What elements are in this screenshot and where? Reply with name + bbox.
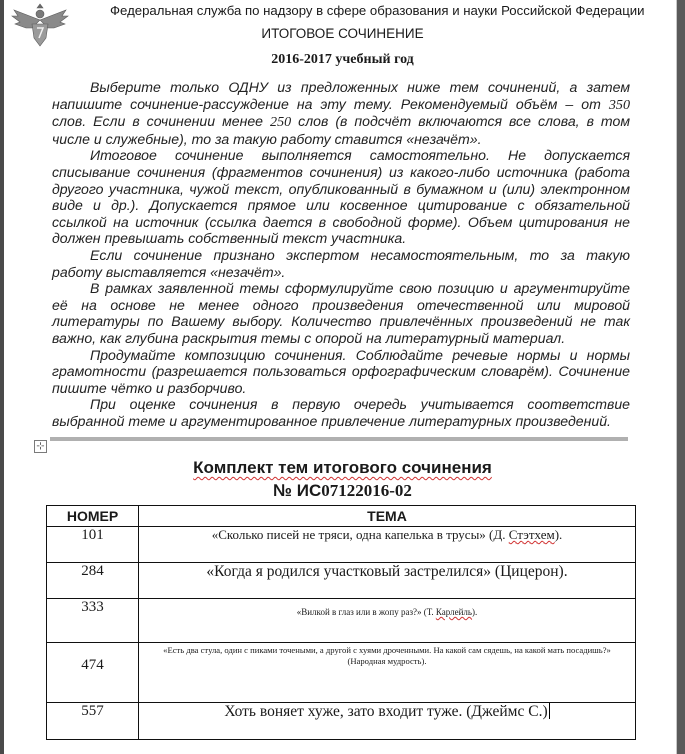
column-header-topic: ТЕМА <box>139 506 636 527</box>
topic-number: 333 <box>47 599 139 643</box>
instruction-paragraph: Итоговое сочинение выполняется самостоят… <box>52 147 630 247</box>
academic-year: 2016-2017 учебный год <box>0 52 685 68</box>
topic-text: «Когда я родился участковый застрелился»… <box>139 563 636 599</box>
instructions: Выберите только ОДНУ из предложенных ниж… <box>52 79 630 429</box>
table-row: 101 «Сколько писей не тряси, одна капель… <box>47 527 636 563</box>
topic-text: «Есть два стула, один с пиками точеными,… <box>139 643 636 703</box>
instruction-paragraph: В рамках заявленной темы сформулируйте с… <box>52 280 630 346</box>
table-row: 284 «Когда я родился участковый застрели… <box>47 563 636 599</box>
instruction-paragraph: Продумайте композицию сочинения. Соблюда… <box>52 347 630 397</box>
instruction-paragraph: При оценке сочинения в первую очередь уч… <box>52 396 630 429</box>
text-cursor <box>549 703 550 719</box>
topic-number: 101 <box>47 527 139 563</box>
window-scrollbar-right[interactable] <box>676 0 685 754</box>
topic-text: «Вилкой в глаз или в жопу раз?» (Т. Карл… <box>139 599 636 643</box>
topics-title: Комплект тем итогового сочинения <box>0 458 685 478</box>
instruction-paragraph: Выберите только ОДНУ из предложенных ниж… <box>52 79 630 147</box>
topics-table: НОМЕР ТЕМА 101 «Сколько писей не тряси, … <box>46 505 636 740</box>
topic-text[interactable]: Хоть воняет хуже, зато входит туже. (Дже… <box>139 703 636 740</box>
topic-number: 557 <box>47 703 139 740</box>
instruction-paragraph: Если сочинение признано экспертом несамо… <box>52 247 630 280</box>
table-row: 333 «Вилкой в глаз или в жопу раз?» (Т. … <box>47 599 636 643</box>
move-arrows-icon[interactable]: ⊹ <box>34 440 47 453</box>
section-divider <box>50 437 628 441</box>
table-header-row: НОМЕР ТЕМА <box>47 506 636 527</box>
topic-text: «Сколько писей не тряси, одна капелька в… <box>139 527 636 563</box>
column-header-number: НОМЕР <box>47 506 139 527</box>
topics-set-number: № ИС07122016-02 <box>0 481 685 501</box>
table-row: 474 «Есть два стула, один с пиками точен… <box>47 643 636 703</box>
topic-number: 284 <box>47 563 139 599</box>
table-row: 557 Хоть воняет хуже, зато входит туже. … <box>47 703 636 740</box>
topic-number: 474 <box>47 643 139 703</box>
document-title: ИТОГОВОЕ СОЧИНЕНИЕ <box>0 26 685 41</box>
window-frame-left <box>0 0 4 754</box>
organization-name: Федеральная служба по надзору в сфере об… <box>0 3 685 18</box>
